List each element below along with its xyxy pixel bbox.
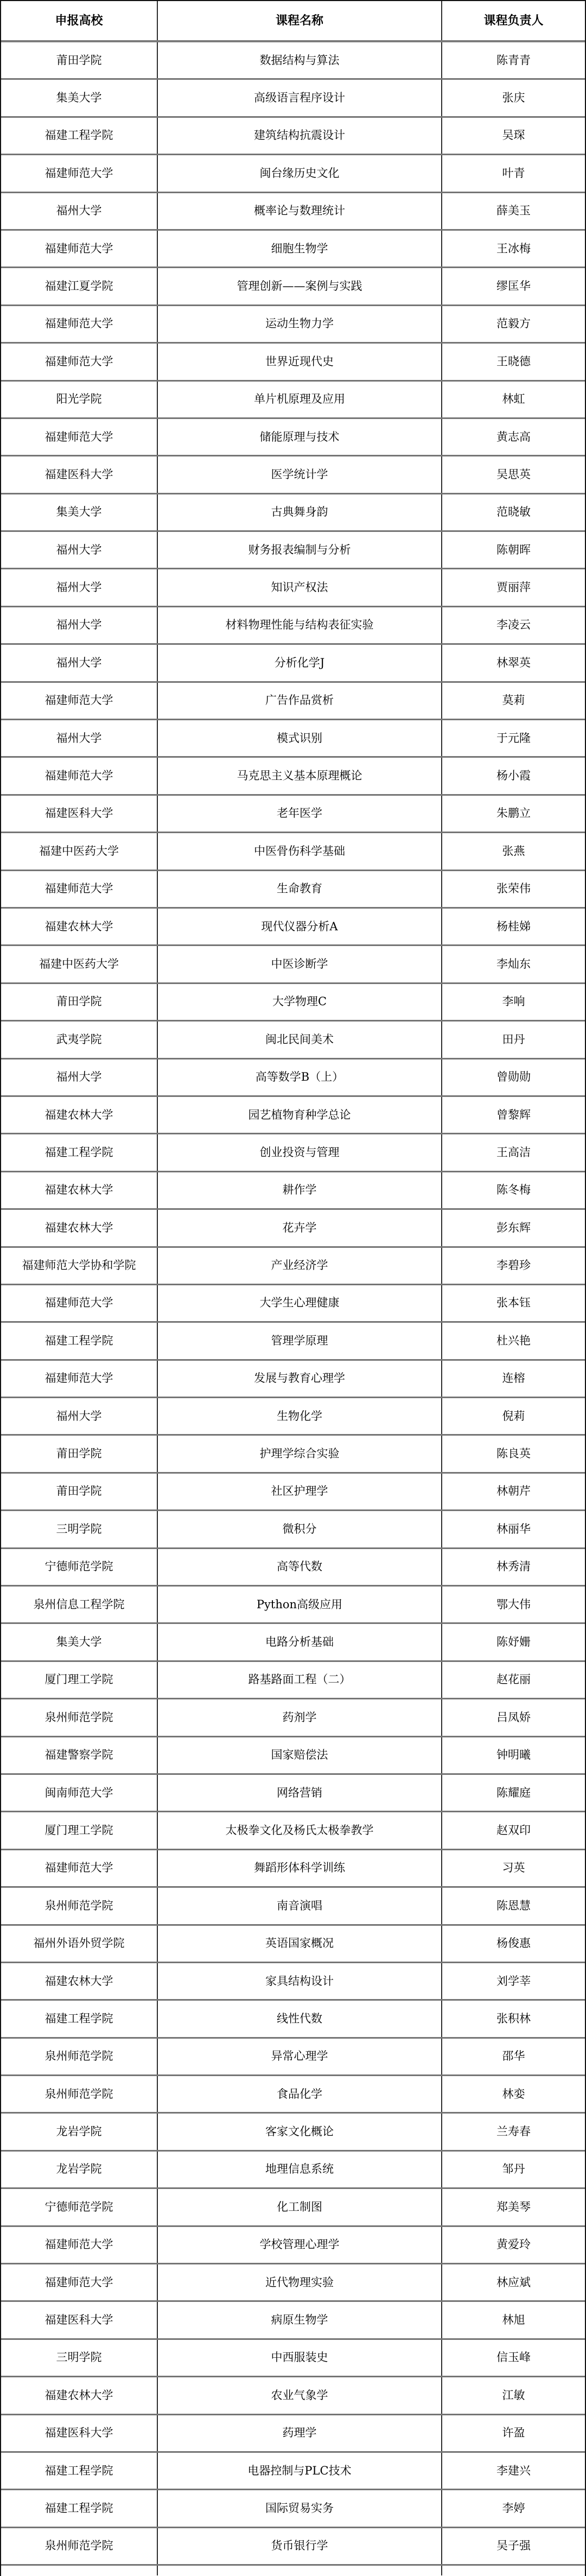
- school-cell: 福州大学: [1, 607, 158, 643]
- table-row: 泉州师范学院食品化学林娈: [1, 2076, 585, 2114]
- leader-cell: 连榕: [442, 1361, 585, 1397]
- course-cell: 护理学综合实验: [158, 1436, 442, 1471]
- table-row: 泉州师范学院异常心理学邵华: [1, 2039, 585, 2076]
- leader-cell: 邹丹: [442, 2152, 585, 2187]
- leader-cell: 张本钰: [442, 1285, 585, 1321]
- course-cell: 高等数学B（上）: [158, 1059, 442, 1095]
- course-cell: 马克思主义基本原理概论: [158, 758, 442, 794]
- leader-cell: 吴思英: [442, 456, 585, 492]
- school-cell: 福建中医药大学: [1, 833, 158, 869]
- school-cell: 福建农林大学: [1, 909, 158, 944]
- school-cell: 泉州信息工程学院: [1, 1587, 158, 1622]
- course-cell: 运动生物力学: [158, 306, 442, 342]
- school-cell: 宁德师范学院: [1, 2189, 158, 2225]
- table-row: 福建警察学院国家赔偿法钟明曦: [1, 1737, 585, 1775]
- school-cell: 莆田学院: [1, 1474, 158, 1509]
- leader-cell: 陈耀庭: [442, 1775, 585, 1811]
- leader-cell: 赵双印: [442, 1812, 585, 1848]
- course-cell: 耕作学: [158, 1172, 442, 1208]
- table-row: 福建医科大学老年医学朱鹏立: [1, 796, 585, 833]
- course-cell: 高级语言程序设计: [158, 80, 442, 116]
- school-cell: 福建师范大学: [1, 2264, 158, 2300]
- course-cell: 学校管理心理学: [158, 2227, 442, 2263]
- table-row: 宁德师范学院高等代数林秀清: [1, 1549, 585, 1587]
- leader-cell: 王冰梅: [442, 231, 585, 267]
- course-cell: 舞蹈形体科学训练: [158, 1850, 442, 1886]
- leader-cell: 杨小霞: [442, 758, 585, 794]
- leader-cell: 张庆: [442, 80, 585, 116]
- table-row: 福建师范大学生命教育张荣伟: [1, 871, 585, 909]
- table-row: 福州大学高等数学B（上）曾勋勋: [1, 1059, 585, 1097]
- course-cell: 知识产权法: [158, 569, 442, 605]
- school-cell: [1, 2566, 158, 2575]
- table-row: 阳光学院单片机原理及应用林虹: [1, 382, 585, 419]
- school-cell: 福建师范大学: [1, 1285, 158, 1321]
- table-row: 福建工程学院线性代数张积林: [1, 2001, 585, 2038]
- course-cell: 管理学原理: [158, 1323, 442, 1359]
- leader-cell: 杨桂娣: [442, 909, 585, 944]
- course-cell: 线性代数: [158, 2001, 442, 2036]
- school-cell: 泉州师范学院: [1, 1699, 158, 1735]
- leader-cell: 林翠英: [442, 645, 585, 681]
- school-cell: 福建师范大学: [1, 344, 158, 379]
- table-row: 福建农林大学耕作学陈冬梅: [1, 1172, 585, 1210]
- table-row: 宁德师范学院化工制图郑美琴: [1, 2189, 585, 2226]
- leader-cell: 许盈: [442, 2415, 585, 2451]
- course-cell: 生命教育: [158, 871, 442, 907]
- header-cell-course: 课程名称: [158, 1, 442, 40]
- leader-cell: 黄志高: [442, 419, 585, 455]
- leader-cell: 林旭: [442, 2302, 585, 2338]
- table-row: 集美大学高级语言程序设计张庆: [1, 80, 585, 117]
- course-cell: 管理创新——案例与实践: [158, 268, 442, 304]
- course-cell: 食品化学: [158, 2076, 442, 2112]
- course-cell: 材料物理性能与结构表征实验: [158, 607, 442, 643]
- leader-cell: 信玉峰: [442, 2340, 585, 2376]
- table-row: 福建师范大学马克思主义基本原理概论杨小霞: [1, 758, 585, 795]
- school-cell: 福建农林大学: [1, 1172, 158, 1208]
- school-cell: 阳光学院: [1, 382, 158, 417]
- school-cell: 福建师范大学: [1, 758, 158, 794]
- school-cell: 福建师范大学: [1, 1361, 158, 1397]
- leader-cell: 叶青: [442, 155, 585, 191]
- course-cell: 闽台缘历史文化: [158, 155, 442, 191]
- school-cell: 福建工程学院: [1, 2453, 158, 2489]
- leader-cell: 杨俊惠: [442, 1926, 585, 1962]
- school-cell: 莆田学院: [1, 42, 158, 78]
- table-row: 福建医科大学医学统计学吴思英: [1, 456, 585, 494]
- school-cell: 集美大学: [1, 494, 158, 530]
- leader-cell: 李响: [442, 984, 585, 1020]
- leader-cell: 曾勋勋: [442, 1059, 585, 1095]
- course-cell: 广告作品赏析: [158, 683, 442, 719]
- school-cell: 宁德师范学院: [1, 1549, 158, 1585]
- school-cell: 福建江夏学院: [1, 268, 158, 304]
- header-cell-leader: 课程负责人: [442, 1, 585, 40]
- school-cell: 福建工程学院: [1, 118, 158, 154]
- school-cell: 福建师范大学: [1, 155, 158, 191]
- course-cell: 病原生物学: [158, 2302, 442, 2338]
- table-header-row: 申报高校 课程名称 课程负责人: [1, 1, 585, 42]
- course-cell: 英语国家概况: [158, 1926, 442, 1962]
- leader-cell: 江敏: [442, 2377, 585, 2413]
- school-cell: 福建医科大学: [1, 796, 158, 832]
- school-cell: 福州大学: [1, 193, 158, 229]
- school-cell: 泉州师范学院: [1, 2528, 158, 2564]
- table-row: 三明学院中西服装史信玉峰: [1, 2340, 585, 2377]
- course-cell: 国家赔偿法: [158, 1737, 442, 1773]
- school-cell: 福建中医药大学: [1, 946, 158, 982]
- table-row: 福建农林大学花卉学彭东辉: [1, 1210, 585, 1247]
- course-cell: 创业投资与管理: [158, 1134, 442, 1170]
- table-row: 福建师范大学学校管理心理学黄爱玲: [1, 2227, 585, 2264]
- leader-cell: 郑美琴: [442, 2189, 585, 2225]
- course-cell: 高等代数: [158, 1549, 442, 1585]
- table-row: 厦门理工学院太极拳文化及杨氏太极拳教学赵双印: [1, 1812, 585, 1850]
- school-cell: 福建师范大学: [1, 306, 158, 342]
- course-cell: 生物化学: [158, 1398, 442, 1434]
- leader-cell: 吴琛: [442, 118, 585, 154]
- school-cell: 集美大学: [1, 80, 158, 116]
- leader-cell: 范毅方: [442, 306, 585, 342]
- table-row: 泉州师范学院南音演唱陈恩慧: [1, 1888, 585, 1925]
- course-cell: 太极拳文化及杨氏太极拳教学: [158, 1812, 442, 1848]
- table-row: 福建农林大学园艺植物育种学总论曾黎辉: [1, 1097, 585, 1134]
- course-cell: 分析化学J: [158, 645, 442, 681]
- leader-cell: 吴子强: [442, 2528, 585, 2564]
- course-cell: 建筑结构抗震设计: [158, 118, 442, 154]
- leader-cell: 林朝芹: [442, 1474, 585, 1509]
- course-cell: 地理信息系统: [158, 2152, 442, 2187]
- course-cell: 中西服装史: [158, 2340, 442, 2376]
- leader-cell: 黄爱玲: [442, 2227, 585, 2263]
- course-cell: 财务报表编制与分析: [158, 532, 442, 568]
- course-table: 申报高校 课程名称 课程负责人 莆田学院数据结构与算法陈青青集美大学高级语言程序…: [0, 0, 586, 2576]
- course-cell: 药剂学: [158, 1699, 442, 1735]
- table-row: 福州大学分析化学J林翠英: [1, 645, 585, 682]
- leader-cell: [442, 2566, 585, 2575]
- table-row: 福建工程学院创业投资与管理王高洁: [1, 1134, 585, 1172]
- table-row: 泉州师范学院药剂学吕凤娇: [1, 1699, 585, 1737]
- school-cell: 三明学院: [1, 2340, 158, 2376]
- table-row: 福州大学概率论与数理统计薛美玉: [1, 193, 585, 231]
- course-cell: 电器控制与PLC技术: [158, 2453, 442, 2489]
- leader-cell: 鄂大伟: [442, 1587, 585, 1622]
- table-row: 福建师范大学闽台缘历史文化叶青: [1, 155, 585, 193]
- course-cell: 社区护理学: [158, 1474, 442, 1509]
- table-row: 泉州信息工程学院Python高级应用鄂大伟: [1, 1587, 585, 1624]
- leader-cell: 林应斌: [442, 2264, 585, 2300]
- course-cell: 现代仪器分析A: [158, 909, 442, 944]
- school-cell: 福建工程学院: [1, 2490, 158, 2526]
- school-cell: 泉州师范学院: [1, 1888, 158, 1924]
- school-cell: 福州大学: [1, 720, 158, 756]
- leader-cell: 林娈: [442, 2076, 585, 2112]
- table-row: 福建医科大学药理学许盈: [1, 2415, 585, 2453]
- table-row: 福建师范大学大学生心理健康张本钰: [1, 1285, 585, 1323]
- course-cell: 微积分: [158, 1511, 442, 1547]
- leader-cell: 缪匡华: [442, 268, 585, 304]
- school-cell: 福建师范大学: [1, 2227, 158, 2263]
- table-row: 福建师范大学储能原理与技术黄志高: [1, 419, 585, 456]
- course-cell: 货币银行学: [158, 2528, 442, 2564]
- course-cell: 异常心理学: [158, 2039, 442, 2074]
- course-cell: 农业气象学: [158, 2377, 442, 2413]
- leader-cell: 彭东辉: [442, 1210, 585, 1246]
- leader-cell: 习英: [442, 1850, 585, 1886]
- leader-cell: 赵花丽: [442, 1662, 585, 1698]
- course-cell: 网络营销: [158, 1775, 442, 1811]
- leader-cell: 田丹: [442, 1021, 585, 1057]
- leader-cell: 陈朝晖: [442, 532, 585, 568]
- table-row: 福建工程学院电器控制与PLC技术李建兴: [1, 2453, 585, 2490]
- table-row: 厦门理工学院路基路面工程（二）赵花丽: [1, 1662, 585, 1699]
- school-cell: 福建农林大学: [1, 1097, 158, 1133]
- school-cell: 福建师范大学: [1, 419, 158, 455]
- table-row: 福建农林大学现代仪器分析A杨桂娣: [1, 909, 585, 946]
- course-cell: 花卉学: [158, 1210, 442, 1246]
- leader-cell: 林秀清: [442, 1549, 585, 1585]
- leader-cell: 倪莉: [442, 1398, 585, 1434]
- leader-cell: 莫莉: [442, 683, 585, 719]
- school-cell: 龙岩学院: [1, 2114, 158, 2149]
- leader-cell: 钟明曦: [442, 1737, 585, 1773]
- school-cell: 福建师范大学协和学院: [1, 1248, 158, 1284]
- course-cell: 储能原理与技术: [158, 419, 442, 455]
- course-cell: 古典舞身韵: [158, 494, 442, 530]
- table-row: 莆田学院护理学综合实验陈良英: [1, 1436, 585, 1473]
- course-cell: 路基路面工程（二）: [158, 1662, 442, 1698]
- course-cell: 南音演唱: [158, 1888, 442, 1924]
- leader-cell: 于元隆: [442, 720, 585, 756]
- school-cell: 福建师范大学: [1, 231, 158, 267]
- course-cell: 闽北民间美术: [158, 1021, 442, 1057]
- table-row: 福建师范大学发展与教育心理学连榕: [1, 1361, 585, 1398]
- table-row: 福建农林大学家具结构设计刘学莘: [1, 1963, 585, 2001]
- course-cell: 中医骨伤科学基础: [158, 833, 442, 869]
- leader-cell: 陈青青: [442, 42, 585, 78]
- table-row: 福建师范大学细胞生物学王冰梅: [1, 231, 585, 268]
- school-cell: 福建医科大学: [1, 2302, 158, 2338]
- course-cell: 世界近现代史: [158, 344, 442, 379]
- course-cell: 医学统计学: [158, 456, 442, 492]
- table-row: 福建农林大学农业气象学江敏: [1, 2377, 585, 2415]
- school-cell: 福建工程学院: [1, 2001, 158, 2036]
- leader-cell: 吕凤娇: [442, 1699, 585, 1735]
- school-cell: 莆田学院: [1, 984, 158, 1020]
- leader-cell: 刘学莘: [442, 1963, 585, 1999]
- school-cell: 闽南师范大学: [1, 1775, 158, 1811]
- leader-cell: 李灿东: [442, 946, 585, 982]
- table-row: 福建师范大学近代物理实验林应斌: [1, 2264, 585, 2302]
- table-row: 福建中医药大学中医诊断学李灿东: [1, 946, 585, 984]
- course-cell: 模式识别: [158, 720, 442, 756]
- course-cell: 大学生心理健康: [158, 1285, 442, 1321]
- course-cell: 园艺植物育种学总论: [158, 1097, 442, 1133]
- table-row: 福建工程学院管理学原理杜兴艳: [1, 1323, 585, 1360]
- school-cell: 莆田学院: [1, 1436, 158, 1471]
- leader-cell: 朱鹏立: [442, 796, 585, 832]
- leader-cell: 范晓敏: [442, 494, 585, 530]
- course-cell: 国际贸易实务: [158, 2490, 442, 2526]
- course-cell: 家具结构设计: [158, 1963, 442, 1999]
- table-row: 集美大学古典舞身韵范晓敏: [1, 494, 585, 532]
- course-cell: 发展与教育心理学: [158, 1361, 442, 1397]
- school-cell: 福建师范大学: [1, 1850, 158, 1886]
- course-cell: 客家文化概论: [158, 2114, 442, 2149]
- table-row: 福建师范大学协和学院产业经济学李碧珍: [1, 1248, 585, 1285]
- leader-cell: 李碧珍: [442, 1248, 585, 1284]
- table-row: 福州大学知识产权法贾丽萍: [1, 569, 585, 607]
- school-cell: 福建农林大学: [1, 2377, 158, 2413]
- table-row: 福州大学生物化学倪莉: [1, 1398, 585, 1436]
- course-cell: Python高级应用: [158, 1587, 442, 1622]
- table-row: 福建工程学院建筑结构抗震设计吴琛: [1, 118, 585, 155]
- table-body: 莆田学院数据结构与算法陈青青集美大学高级语言程序设计张庆福建工程学院建筑结构抗震…: [1, 42, 585, 2566]
- leader-cell: 兰寿春: [442, 2114, 585, 2149]
- course-cell: 化工制图: [158, 2189, 442, 2225]
- table-row: 福建师范大学舞蹈形体科学训练习英: [1, 1850, 585, 1888]
- course-cell: 老年医学: [158, 796, 442, 832]
- school-cell: 龙岩学院: [1, 2152, 158, 2187]
- leader-cell: 王高洁: [442, 1134, 585, 1170]
- school-cell: 福建农林大学: [1, 1210, 158, 1246]
- table-row: 福建师范大学世界近现代史王晓德: [1, 344, 585, 381]
- leader-cell: 陈恩慧: [442, 1888, 585, 1924]
- leader-cell: 薛美玉: [442, 193, 585, 229]
- table-row: 龙岩学院地理信息系统邹丹: [1, 2152, 585, 2189]
- school-cell: 福建医科大学: [1, 2415, 158, 2451]
- table-row: 福州大学模式识别于元隆: [1, 720, 585, 758]
- course-cell: 产业经济学: [158, 1248, 442, 1284]
- table-row: 福建中医药大学中医骨伤科学基础张燕: [1, 833, 585, 871]
- table-row: 武夷学院闽北民间美术田丹: [1, 1021, 585, 1059]
- school-cell: 福建医科大学: [1, 456, 158, 492]
- course-cell: 概率论与数理统计: [158, 193, 442, 229]
- table-row: 集美大学电路分析基础陈妤姗: [1, 1624, 585, 1661]
- table-row: 龙岩学院客家文化概论兰寿春: [1, 2114, 585, 2151]
- school-cell: 福州大学: [1, 532, 158, 568]
- school-cell: 福州大学: [1, 645, 158, 681]
- school-cell: 福建农林大学: [1, 1963, 158, 1999]
- course-cell: 数据结构与算法: [158, 42, 442, 78]
- school-cell: 福建工程学院: [1, 1134, 158, 1170]
- table-row: 闽南师范大学网络营销陈耀庭: [1, 1775, 585, 1812]
- school-cell: 福州大学: [1, 569, 158, 605]
- course-cell: [158, 2566, 442, 2575]
- table-row: 三明学院微积分林丽华: [1, 1511, 585, 1549]
- school-cell: 泉州师范学院: [1, 2076, 158, 2112]
- leader-cell: 李婷: [442, 2490, 585, 2526]
- table-partial-row: [1, 2566, 585, 2575]
- leader-cell: 张燕: [442, 833, 585, 869]
- leader-cell: 陈妤姗: [442, 1624, 585, 1660]
- school-cell: 集美大学: [1, 1624, 158, 1660]
- leader-cell: 贾丽萍: [442, 569, 585, 605]
- school-cell: 福建警察学院: [1, 1737, 158, 1773]
- leader-cell: 陈良英: [442, 1436, 585, 1471]
- school-cell: 三明学院: [1, 1511, 158, 1547]
- table-row: 福州外语外贸学院英语国家概况杨俊惠: [1, 1926, 585, 1963]
- course-cell: 大学物理C: [158, 984, 442, 1020]
- leader-cell: 张积林: [442, 2001, 585, 2036]
- leader-cell: 邵华: [442, 2039, 585, 2074]
- school-cell: 厦门理工学院: [1, 1812, 158, 1848]
- table-row: 福州大学材料物理性能与结构表征实验李凌云: [1, 607, 585, 645]
- header-cell-school: 申报高校: [1, 1, 158, 40]
- leader-cell: 林虹: [442, 382, 585, 417]
- table-row: 莆田学院社区护理学林朝芹: [1, 1474, 585, 1511]
- course-cell: 电路分析基础: [158, 1624, 442, 1660]
- leader-cell: 林丽华: [442, 1511, 585, 1547]
- school-cell: 福建工程学院: [1, 1323, 158, 1359]
- leader-cell: 杜兴艳: [442, 1323, 585, 1359]
- table-row: 福建医科大学病原生物学林旭: [1, 2302, 585, 2339]
- school-cell: 福州大学: [1, 1398, 158, 1434]
- leader-cell: 李凌云: [442, 607, 585, 643]
- leader-cell: 陈冬梅: [442, 1172, 585, 1208]
- leader-cell: 张荣伟: [442, 871, 585, 907]
- course-cell: 药理学: [158, 2415, 442, 2451]
- school-cell: 福建师范大学: [1, 871, 158, 907]
- school-cell: 厦门理工学院: [1, 1662, 158, 1698]
- leader-cell: 曾黎辉: [442, 1097, 585, 1133]
- leader-cell: 李建兴: [442, 2453, 585, 2489]
- table-row: 泉州师范学院货币银行学吴子强: [1, 2528, 585, 2566]
- course-cell: 细胞生物学: [158, 231, 442, 267]
- school-cell: 福州大学: [1, 1059, 158, 1095]
- school-cell: 福州外语外贸学院: [1, 1926, 158, 1962]
- table-row: 福州大学财务报表编制与分析陈朝晖: [1, 532, 585, 569]
- course-cell: 中医诊断学: [158, 946, 442, 982]
- school-cell: 武夷学院: [1, 1021, 158, 1057]
- table-row: 福建工程学院国际贸易实务李婷: [1, 2490, 585, 2528]
- table-row: 福建师范大学广告作品赏析莫莉: [1, 683, 585, 720]
- table-row: 莆田学院数据结构与算法陈青青: [1, 42, 585, 80]
- course-cell: 单片机原理及应用: [158, 382, 442, 417]
- school-cell: 福建师范大学: [1, 683, 158, 719]
- course-cell: 近代物理实验: [158, 2264, 442, 2300]
- table-row: 福建师范大学运动生物力学范毅方: [1, 306, 585, 344]
- table-row: 莆田学院大学物理C李响: [1, 984, 585, 1021]
- leader-cell: 王晓德: [442, 344, 585, 379]
- table-row: 福建江夏学院管理创新——案例与实践缪匡华: [1, 268, 585, 306]
- school-cell: 泉州师范学院: [1, 2039, 158, 2074]
